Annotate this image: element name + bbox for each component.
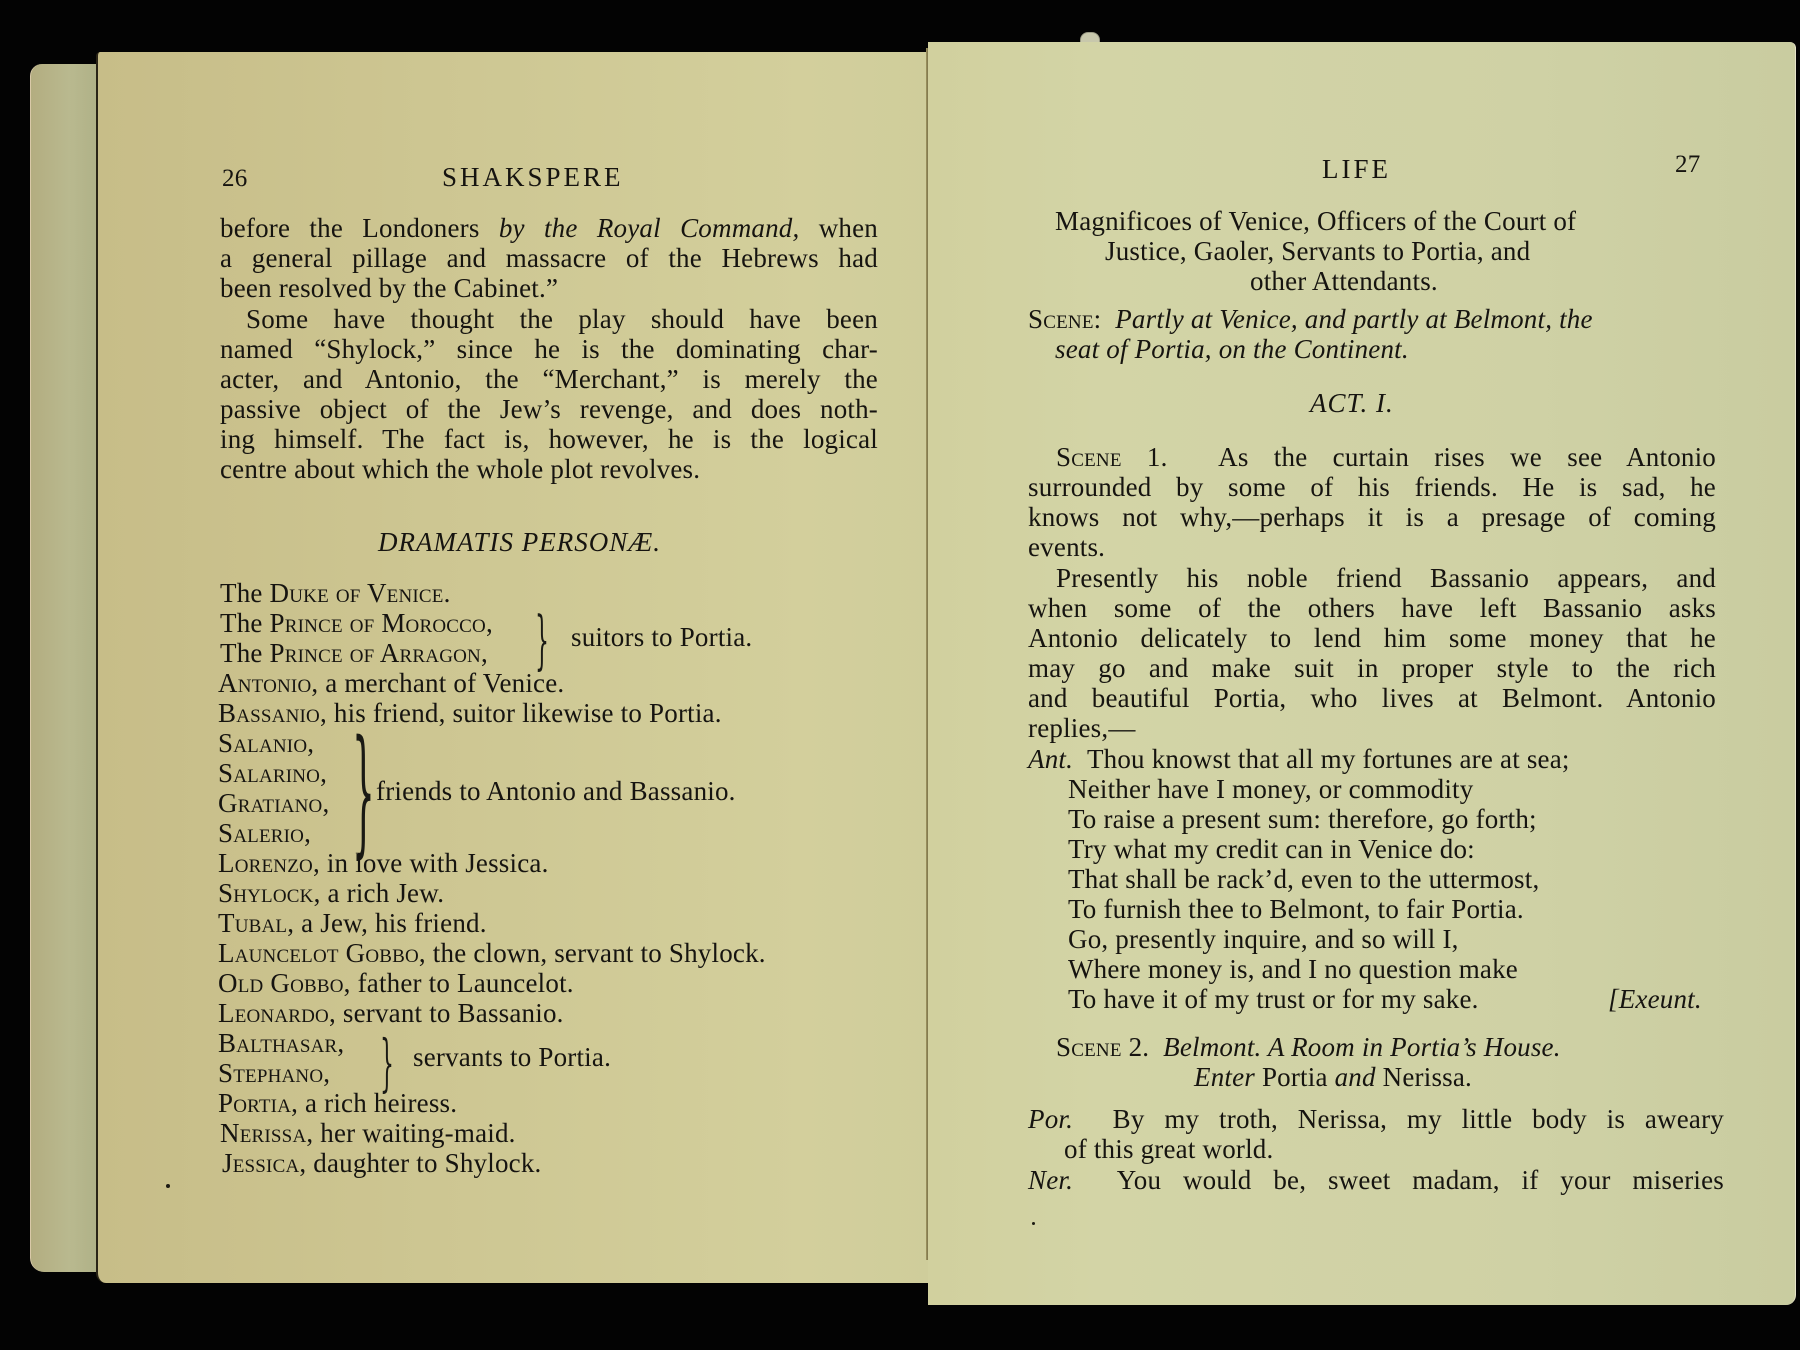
text-line: and beautiful Portia, who lives at Belmo… [1028,683,1716,713]
text-line: knows not why,—perhaps it is a presage o… [1028,502,1716,532]
character-entry: The Duke of Venice. [220,578,451,608]
character-entry: The Prince of Morocco, [220,608,493,638]
character-name: Launcelot Gobbo [218,938,419,968]
character-entry: Bassanio, his friend, suitor likewise to… [218,698,722,728]
character-desc: , [304,818,311,848]
character-desc: , [337,1028,344,1058]
character-entry: Stephano, [218,1058,330,1088]
text-line: surrounded by some of his friends. He is… [1028,472,1716,502]
character-entry: Salarino, [218,758,327,788]
character-desc: , servant to Bassanio. [329,998,564,1028]
verse-line: That shall be rack’d, even to the utterm… [1068,864,1539,894]
verse-line: Where money is, and I no question make [1068,954,1518,984]
brace-group-label: servants to Portia. [413,1042,611,1072]
paper-speck [166,1184,170,1188]
character-name: Leonardo [218,998,329,1028]
character-entry: Old Gobbo, father to Launcelot. [218,968,574,998]
text-line: Scene 2. Belmont. A Room in Portia’s Hou… [1056,1032,1561,1062]
book-cover-edge [30,64,101,1272]
scene-label: Scene 1. [1056,442,1168,472]
text-line: ing himself. The fact is, however, he is… [220,424,878,454]
character-name: Portia [218,1088,291,1118]
character-name: Salanio [218,728,307,758]
page-number-right: 27 [1675,150,1700,180]
character-entry: Shylock, a rich Jew. [218,878,444,908]
text-line: centre about which the whole plot revolv… [220,454,700,484]
character-name: Salerio [218,818,304,848]
scene-label: Scene: [1028,304,1101,334]
character-entry: Lorenzo, in love with Jessica. [218,848,549,878]
character-desc: , a merchant of Venice. [311,668,564,698]
character-name: Prince of Morocco [270,608,486,638]
text-line: before the Londoners by the Royal Comman… [220,213,878,243]
left-page: 26 SHAKSPERE before the Londoners by the… [96,52,928,1283]
character-entry: Jessica, daughter to Shylock. [222,1148,542,1178]
act-heading: ACT. I. [1310,388,1394,418]
character-desc: , [323,1058,330,1088]
page-number-left: 26 [222,164,247,194]
right-page: LIFE 27 Magnificoes of Venice, Officers … [928,42,1796,1305]
character-desc: , [320,758,327,788]
character-entry: Balthasar, [218,1028,344,1058]
text-line: of this great world. [1064,1134,1273,1164]
character-name: Salarino [218,758,320,788]
prefix: The [220,608,270,638]
paper-speck [1032,1222,1035,1225]
character-name: Jessica [222,1148,299,1178]
text-run: As the curtain rises we see Antonio [1218,442,1716,472]
character-desc: , a Jew, his friend. [287,908,486,938]
text-line: Ner. You would be, sweet madam, if your … [1028,1165,1724,1195]
speaker-label: Ner. [1028,1165,1073,1195]
text-run: You would be, sweet madam, if your miser… [1117,1165,1724,1195]
verse-line: To raise a present sum: therefore, go fo… [1068,804,1537,834]
speaker-label: Ant. [1028,744,1073,774]
character-entry: Gratiano, [218,788,329,818]
character-name: Gratiano [218,788,322,818]
prefix: The [220,638,270,668]
character-desc: , in love with Jessica. [313,848,549,878]
italic-run: Belmont. A Room in Portia’s House. [1163,1032,1561,1062]
character-entry: Leonardo, servant to Bassanio. [218,998,564,1028]
character-entry: Salanio, [218,728,314,758]
text-line: Magnificoes of Venice, Officers of the C… [1055,206,1576,236]
text-run: before the Londoners [220,213,499,243]
character-name: Shylock [218,878,314,908]
brace-icon: } [535,604,549,678]
text-run: Portia [1262,1062,1328,1092]
character-name: Balthasar [218,1028,337,1058]
text-line: Some have thought the play should have b… [246,304,878,334]
character-desc: , her waiting-maid. [306,1118,515,1148]
italic-run: Partly at Venice, and partly at Belmont,… [1115,304,1592,334]
text-line: Scene 1. As the curtain rises we see Ant… [1056,442,1716,472]
text-line: when some of the others have left Bassan… [1028,593,1716,623]
character-entry: Antonio, a merchant of Venice. [218,668,564,698]
text-line: events. [1028,532,1105,562]
character-name: Duke of Venice [270,578,444,608]
verse-line: To furnish thee to Belmont, to fair Port… [1068,894,1524,924]
text-line: passive object of the Jew’s revenge, and… [220,394,878,424]
character-desc: , a rich Jew. [314,878,445,908]
running-head-left: SHAKSPERE [442,162,624,192]
text-line: Justice, Gaoler, Servants to Portia, and [1105,236,1530,266]
text-run: By my troth, Nerissa, my little body is … [1113,1104,1724,1134]
text-run: when [799,213,878,243]
character-desc: , father to Launcelot. [344,968,574,998]
character-name: Bassanio [218,698,320,728]
character-desc: , [322,788,329,818]
character-desc: , daughter to Shylock. [299,1148,541,1178]
text-line: acter, and Antonio, the “Merchant,” is m… [220,364,878,394]
dramatis-personae-heading: DRAMATIS PERSONÆ. [378,527,661,557]
text-line: Presently his noble friend Bassanio appe… [1056,563,1716,593]
italic-run: Enter [1194,1062,1255,1092]
text-line: been resolved by the Cabinet.” [220,273,558,303]
character-entry: Tubal, a Jew, his friend. [218,908,487,938]
text-line: may go and make suit in proper style to … [1028,653,1716,683]
character-desc: , [481,638,488,668]
character-entry: The Prince of Arragon, [220,638,488,668]
character-name: Antonio [218,668,311,698]
verse-line: Neither have I money, or commodity [1068,774,1473,804]
text-line: a general pillage and massacre of the He… [220,243,878,273]
speaker-label: Por. [1028,1104,1073,1134]
character-entry: Nerissa, her waiting-maid. [220,1118,516,1148]
character-name: Lorenzo [218,848,313,878]
character-name: Old Gobbo [218,968,344,998]
verse-line: Try what my credit can in Venice do: [1068,834,1475,864]
text-line: Ant. Thou knowst that all my fortunes ar… [1028,744,1570,774]
character-desc: . [444,578,451,608]
italic-run: and [1335,1062,1376,1092]
character-desc: , [486,608,493,638]
text-line: replies,— [1028,713,1136,743]
verse-line: Go, presently inquire, and so will I, [1068,924,1459,954]
text-line: Por. By my troth, Nerissa, my little bod… [1028,1104,1724,1134]
brace-group-label: friends to Antonio and Bassanio. [376,776,736,806]
text-run: Nerissa. [1383,1062,1472,1092]
brace-group-label: suitors to Portia. [571,622,752,652]
verse-line: Thou knowst that all my fortunes are at … [1087,744,1570,774]
text-line: Enter Portia and Nerissa. [1194,1062,1472,1092]
character-desc: , his friend, suitor likewise to Portia. [320,698,722,728]
text-line: Antonio delicately to lend him some mone… [1028,623,1716,653]
scene-label: Scene 2. [1056,1032,1149,1062]
text-line: other Attendants. [1250,266,1438,296]
prefix: The [220,578,270,608]
character-name: Tubal [218,908,287,938]
character-entry: Portia, a rich heiress. [218,1088,457,1118]
character-name: Stephano [218,1058,323,1088]
character-name: Nerissa [220,1118,306,1148]
character-entry: Salerio, [218,818,311,848]
character-entry: Launcelot Gobbo, the clown, servant to S… [218,938,766,968]
character-desc: , a rich heiress. [291,1088,457,1118]
italic-run: by the Royal Command, [499,213,800,243]
verse-line: To have it of my trust or for my sake. [1068,984,1479,1014]
stage-direction: [Exeunt. [1608,984,1702,1014]
character-desc: , [307,728,314,758]
character-name: Prince of Arragon [270,638,481,668]
running-head-right: LIFE [1322,154,1391,184]
text-line: Scene: Partly at Venice, and partly at B… [1028,304,1593,334]
character-desc: , the clown, servant to Shylock. [419,938,766,968]
text-line: seat of Portia, on the Continent. [1055,334,1409,364]
text-line: named “Shylock,” since he is the dominat… [220,334,878,364]
